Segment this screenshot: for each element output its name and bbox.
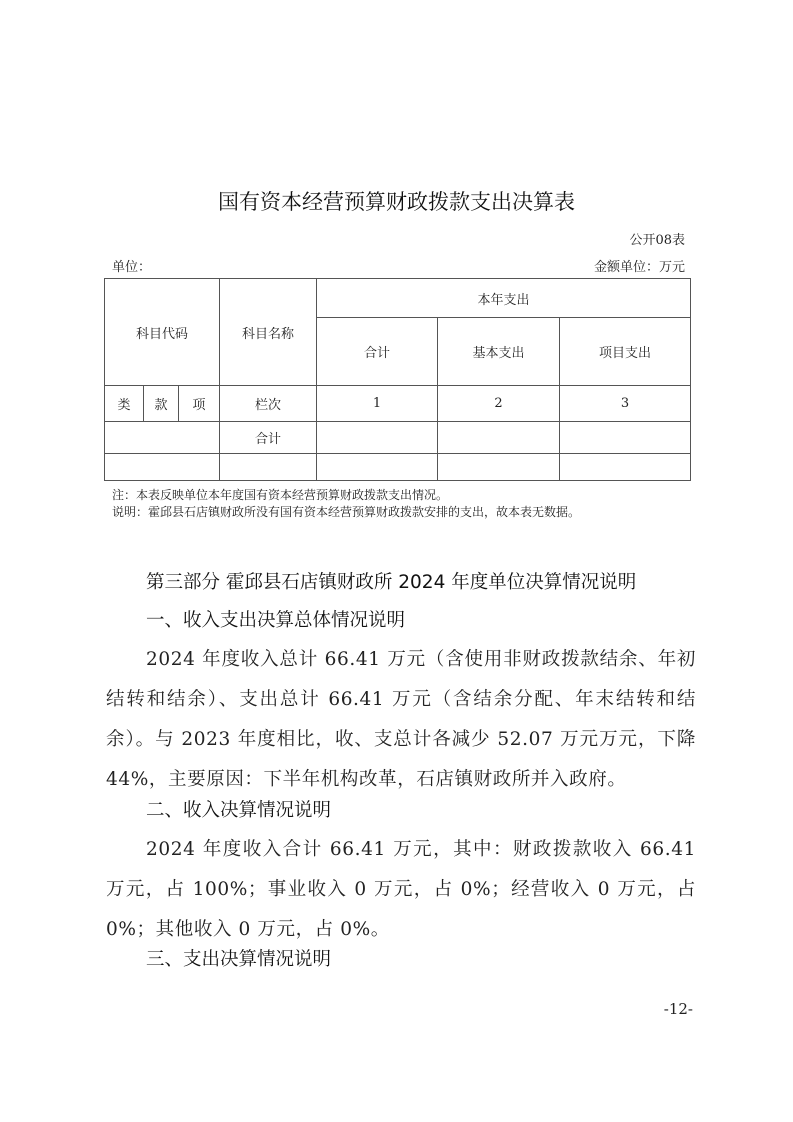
section-2-heading: 二、收入决算情况说明 — [146, 796, 331, 822]
header-current-year-expense: 本年支出 — [317, 279, 691, 318]
table-note: 注：本表反映单位本年度国有资本经营预算财政拨款支出情况。 — [112, 486, 448, 503]
header-project-expense: 项目支出 — [560, 318, 691, 386]
cell-name — [220, 454, 317, 481]
header-total: 合计 — [317, 318, 438, 386]
table-row — [105, 454, 691, 481]
cell-basic — [438, 422, 560, 454]
cell-project — [560, 422, 691, 454]
cell-total — [317, 422, 438, 454]
section-2-body: 2024 年度收入合计 66.41 万元，其中：财政拨款收入 66.41 万元，… — [106, 830, 696, 950]
header-basic-expense: 基本支出 — [438, 318, 560, 386]
subheader-col2: 2 — [438, 386, 560, 422]
section-1-heading: 一、收入支出决算总体情况说明 — [146, 606, 405, 632]
subheader-section: 款 — [144, 386, 179, 422]
table-explanation: 说明：霍邱县石店镇财政所没有国有资本经营预算财政拨款安排的支出，故本表无数据。 — [112, 503, 580, 520]
cell-code — [105, 422, 220, 454]
section-1-body: 2024 年度收入总计 66.41 万元（含使用非财政拨款结余、年初结转和结余）… — [106, 640, 696, 800]
amount-unit-label: 金额单位：万元 — [594, 256, 685, 275]
cell-project — [560, 454, 691, 481]
form-number: 公开08表 — [629, 229, 685, 248]
section-3-heading: 三、支出决算情况说明 — [146, 945, 331, 971]
subheader-item: 项 — [179, 386, 220, 422]
subheader-col1: 1 — [317, 386, 438, 422]
header-subject-code: 科目代码 — [105, 279, 220, 386]
expense-table: 科目代码 科目名称 本年支出 合计 基本支出 项目支出 类 款 项 栏次 1 2… — [104, 278, 691, 481]
page-number: -12- — [664, 1000, 693, 1018]
cell-name: 合计 — [220, 422, 317, 454]
unit-label: 单位： — [112, 256, 151, 275]
subheader-column-index: 栏次 — [220, 386, 317, 422]
table-title: 国有资本经营预算财政拨款支出决算表 — [0, 186, 793, 216]
table-row: 合计 — [105, 422, 691, 454]
cell-basic — [438, 454, 560, 481]
header-subject-name: 科目名称 — [220, 279, 317, 386]
part-three-heading: 第三部分 霍邱县石店镇财政所 2024 年度单位决算情况说明 — [146, 568, 636, 594]
subheader-col3: 3 — [560, 386, 691, 422]
cell-code — [105, 454, 220, 481]
cell-total — [317, 454, 438, 481]
subheader-category: 类 — [105, 386, 144, 422]
